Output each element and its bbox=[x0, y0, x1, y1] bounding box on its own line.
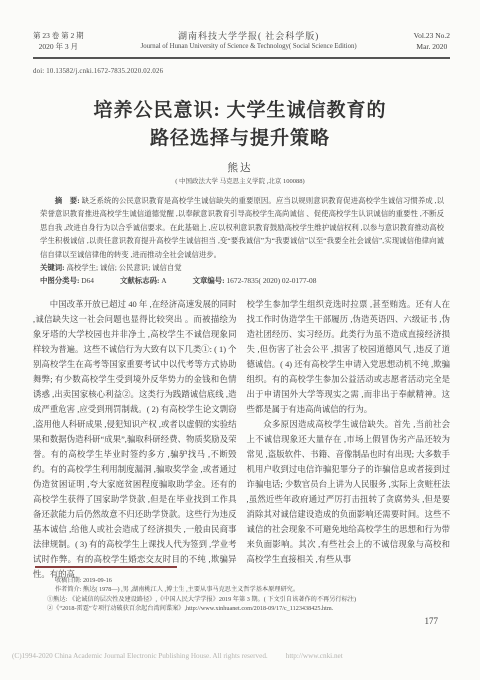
body-paragraph: 众多原因造成高校学生诚信缺失。首先 ,当前社会上不诚信现象还大量存在 ,市场上假… bbox=[247, 417, 451, 567]
keywords-line: 关键词: 高校学生; 诚信; 公民意识; 诚信自觉 bbox=[40, 261, 444, 274]
article-title-line1: 培养公民意识: 大学生诚信教育的 bbox=[0, 97, 480, 125]
body-columns: 中国改革开放已超过 40 年 ,在经济高速发展的同时 ,诚信缺失这一社会问题也显… bbox=[33, 297, 450, 582]
copyright-text: (C)1994-2020 China Academic Journal Elec… bbox=[12, 652, 268, 660]
volume-issue-en: Vol.23 No.2 bbox=[414, 30, 450, 41]
volume-issue-cn: 第 23 卷 第 2 期 bbox=[33, 30, 84, 41]
doc-code-value: A bbox=[161, 276, 166, 285]
abstract-block: 摘 要: 缺乏系统的公民意识教育是高校学生诚信缺失的重要原因。应当以规则意识教育… bbox=[40, 194, 444, 288]
abstract-paragraph: 摘 要: 缺乏系统的公民意识教育是高校学生诚信缺失的重要原因。应当以规则意识教育… bbox=[40, 194, 444, 261]
footnotes-block: 收稿日期: 2019-09-16 作者简介: 熊达( 1978—) ,男 ,湖南… bbox=[55, 576, 450, 614]
classification-line: 中图分类号: D64文献标志码: A文章编号: 1672-7835( 2020)… bbox=[40, 274, 444, 287]
abstract-text: 缺乏系统的公民意识教育是高校学生诚信缺失的重要原因。应当以规则意识教育促进高校学… bbox=[40, 196, 444, 259]
right-column: 校学生参加学生组织竞选时拉票 ,甚至贿选。还有人在找工作时伪造学生干部履历 ,伪… bbox=[247, 297, 451, 582]
issue-info-en: Vol.23 No.2 Mar. 2020 bbox=[414, 30, 450, 52]
footnote-ref-2: ②《“2018-雷霆”专项行动破获百余起台湾间谍案》,http://www.xi… bbox=[47, 604, 450, 613]
footnote-divider bbox=[35, 566, 177, 568]
copyright-line: (C)1994-2020 China Academic Journal Elec… bbox=[12, 652, 470, 660]
received-date: 收稿日期: 2019-09-16 bbox=[55, 576, 450, 585]
doi-line: doi: 10.13582/j.cnki.1672-7835.2020.02.0… bbox=[33, 68, 163, 75]
date-cn: 2020 年 3 月 bbox=[33, 41, 84, 52]
journal-title-en: Journal of Hunan University of Science &… bbox=[84, 42, 414, 52]
clc-value: D64 bbox=[81, 276, 94, 285]
footnote-ref-1: ①熊达: 《论诚信的层次性及建设路径》,《中国人民大学学报》2019 年第 3 … bbox=[47, 595, 450, 604]
keywords-text: 高校学生; 诚信; 公民意识; 诚信自觉 bbox=[66, 263, 181, 272]
author-name: 熊达 bbox=[0, 160, 480, 175]
article-id-label: 文章编号: bbox=[193, 276, 227, 285]
author-bio: 作者简介: 熊达( 1978—) ,男 ,湖南桃江人 ,博士生 ,主要从事马克思… bbox=[55, 585, 450, 594]
body-paragraph: 中国改革开放已超过 40 年 ,在经济高速发展的同时 ,诚信缺失这一社会问题也显… bbox=[33, 297, 237, 582]
cnki-url: http://www.cnki.net bbox=[286, 652, 343, 660]
left-column: 中国改革开放已超过 40 年 ,在经济高速发展的同时 ,诚信缺失这一社会问题也显… bbox=[33, 297, 237, 582]
keywords-label: 关键词: bbox=[40, 263, 66, 272]
article-id-value: 1672-7835( 2020) 02-0177-08 bbox=[226, 276, 316, 285]
clc-label: 中图分类号: bbox=[40, 276, 81, 285]
journal-title-block: 湖南科技大学学报( 社会科学版) Journal of Hunan Univer… bbox=[84, 30, 414, 52]
issue-info-cn: 第 23 卷 第 2 期 2020 年 3 月 bbox=[33, 30, 84, 52]
page-number: 177 bbox=[425, 616, 439, 626]
article-title-line2: 路径选择与提升策略 bbox=[0, 125, 480, 153]
author-affiliation: ( 中国政法大学 马克思主义学院 ,北京 100088) bbox=[0, 176, 480, 185]
body-paragraph: 校学生参加学生组织竞选时拉票 ,甚至贿选。还有人在找工作时伪造学生干部履历 ,伪… bbox=[247, 297, 451, 417]
abstract-label: 摘 要: bbox=[55, 196, 82, 205]
journal-title-cn: 湖南科技大学学报( 社会科学版) bbox=[84, 30, 414, 42]
journal-masthead: 第 23 卷 第 2 期 2020 年 3 月 湖南科技大学学报( 社会科学版)… bbox=[33, 30, 450, 59]
date-en: Mar. 2020 bbox=[414, 41, 450, 52]
article-title: 培养公民意识: 大学生诚信教育的 路径选择与提升策略 bbox=[0, 97, 480, 153]
doc-code-label: 文献标志码: bbox=[120, 276, 161, 285]
